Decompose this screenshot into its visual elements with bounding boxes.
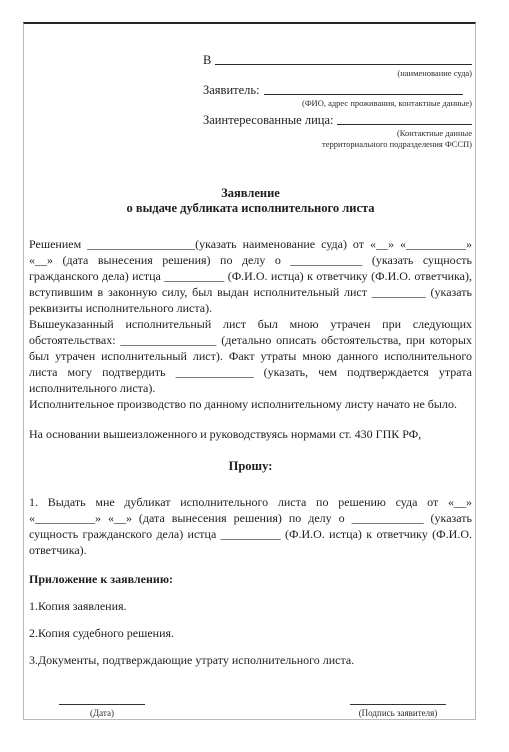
date-line <box>59 704 145 705</box>
fssp-hint-line2: территориального подразделения ФССП) <box>203 139 472 150</box>
date-block: (Дата) <box>59 704 145 719</box>
court-prefix: В <box>203 52 215 68</box>
request-heading: Прошу: <box>29 458 472 474</box>
interested-parties-label: Заинтересованные лица: <box>203 112 337 128</box>
signature-line <box>350 704 446 705</box>
paragraph-legal-basis: На основании вышеизложенного и руководст… <box>29 426 472 442</box>
paragraph-loss-circumstances: Вышеуказанный исполнительный лист был мн… <box>29 316 472 396</box>
attachment-item-3: 3.Документы, подтверждающие утрату испол… <box>29 652 472 668</box>
applicant-label: Заявитель: <box>203 82 264 98</box>
applicant-fill-line <box>264 82 463 95</box>
interested-parties-fill-line <box>337 112 472 125</box>
attachment-item-1: 1.Копия заявления. <box>29 598 472 614</box>
signature-block: (Подпись заявителя) <box>350 704 446 719</box>
paragraph-decision: Решением __________________(указать наим… <box>29 236 472 316</box>
applicant-row: Заявитель: <box>203 82 472 98</box>
court-fill-line <box>215 52 472 65</box>
document-title-line1: Заявление <box>29 186 472 201</box>
document-header: В (наименование суда) Заявитель: (ФИО, а… <box>203 52 472 150</box>
attachment-item-2: 2.Копия судебного решения. <box>29 625 472 641</box>
document-title-line2: о выдаче дубликата исполнительного листа <box>29 201 472 216</box>
document-title: Заявление о выдаче дубликата исполнитель… <box>29 186 472 216</box>
applicant-hint: (ФИО, адрес проживания, контактные данны… <box>203 98 472 109</box>
date-label: (Дата) <box>59 708 145 719</box>
interested-parties-row: Заинтересованные лица: <box>203 112 472 128</box>
signature-footer: (Дата) (Подпись заявителя) <box>29 704 472 719</box>
fssp-hint-line1: (Контактные данные <box>203 128 472 139</box>
court-row: В <box>203 52 472 68</box>
paragraph-no-enforcement: Исполнительное производство по данному и… <box>29 396 472 412</box>
signature-label: (Подпись заявителя) <box>350 708 446 719</box>
document-page: В (наименование суда) Заявитель: (ФИО, а… <box>23 22 476 720</box>
court-hint: (наименование суда) <box>203 68 472 79</box>
request-item-1: 1. Выдать мне дубликат исполнительного л… <box>29 494 472 558</box>
attachments-heading: Приложение к заявлению: <box>29 571 472 587</box>
